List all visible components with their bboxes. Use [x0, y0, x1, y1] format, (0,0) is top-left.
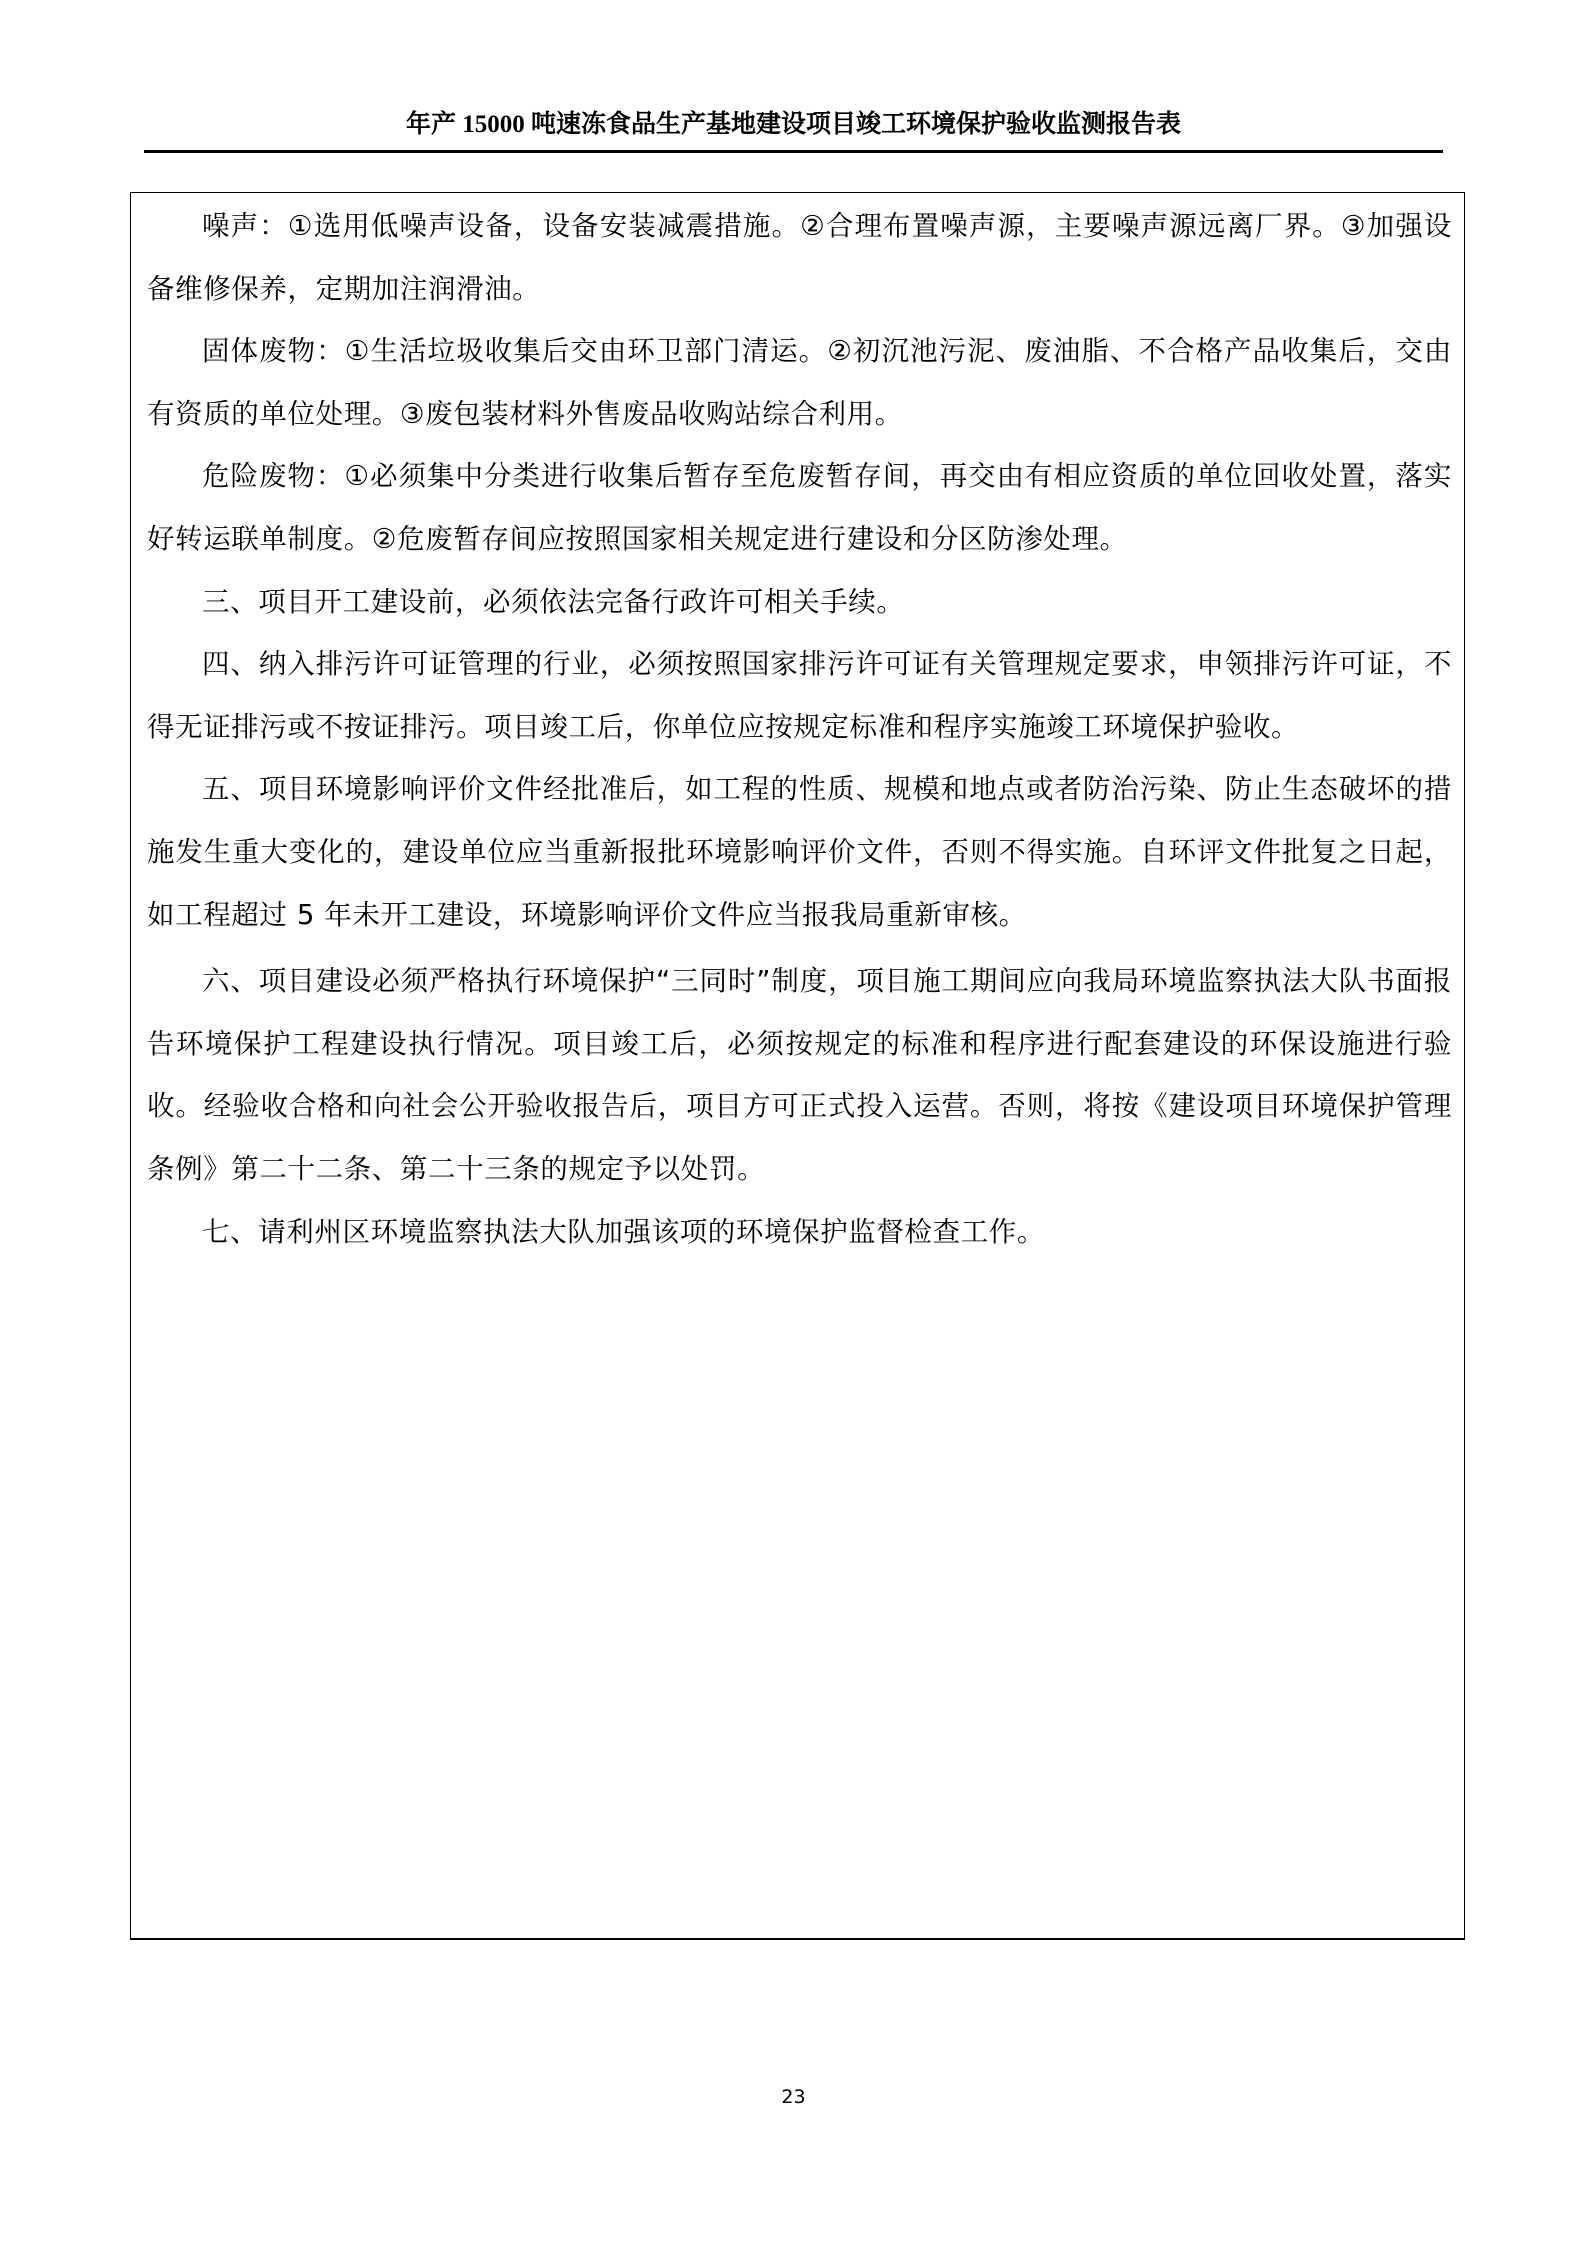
paragraph-item-3: 三、项目开工建设前，必须依法完备行政许可相关手续。 — [147, 571, 1452, 634]
paragraph-noise: 噪声：①选用低噪声设备，设备安装减震措施。②合理布置噪声源，主要噪声源远离厂界。… — [147, 195, 1452, 320]
paragraph-item-4: 四、纳入排污许可证管理的行业，必须按照国家排污许可证有关管理规定要求，申领排污许… — [147, 633, 1452, 758]
approval-requirements-text: 噪声：①选用低噪声设备，设备安装减震措施。②合理布置噪声源，主要噪声源远离厂界。… — [147, 195, 1452, 1263]
header-divider — [144, 150, 1443, 153]
paragraph-item-6: 六、项目建设必须严格执行环境保护“三同时”制度，项目施工期间应向我局环境监察执法… — [147, 950, 1452, 1200]
report-title: 年产 15000 吨速冻食品生产基地建设项目竣工环境保护验收监测报告表 — [144, 108, 1443, 142]
content-table-cell: 噪声：①选用低噪声设备，设备安装减震措施。②合理布置噪声源，主要噪声源远离厂界。… — [130, 192, 1465, 1940]
paragraph-item-5: 五、项目环境影响评价文件经批准后，如工程的性质、规模和地点或者防治污染、防止生态… — [147, 758, 1452, 946]
page-number: 23 — [0, 2084, 1587, 2110]
paragraph-item-7: 七、请利州区环境监察执法大队加强该项的环境保护监督检查工作。 — [147, 1201, 1452, 1264]
paragraph-solid-waste: 固体废物：①生活垃圾收集后交由环卫部门清运。②初沉池污泥、废油脂、不合格产品收集… — [147, 320, 1452, 445]
paragraph-hazardous-waste: 危险废物：①必须集中分类进行收集后暂存至危废暂存间，再交由有相应资质的单位回收处… — [147, 445, 1452, 570]
